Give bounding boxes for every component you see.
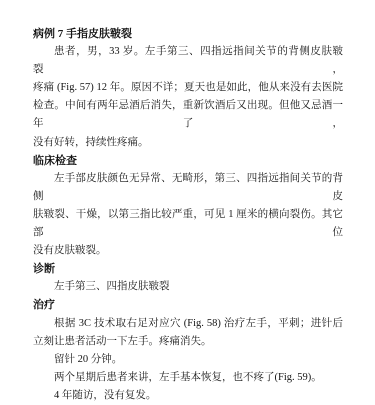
text-line: 根据 3C 技术取右足对应穴 (Fig. 58) 治疗左手，平刺；进针后: [33, 315, 343, 333]
text-line: 左手部皮肤颜色无异常、无畸形，第三、四指远指间关节的背侧皮: [33, 170, 343, 206]
text-line: 左手第三、四指皮肤皲裂: [33, 278, 343, 296]
heading-line: 治疗: [33, 296, 343, 314]
case-report-document: 病例 7 手指皮肤皲裂患者，男，33 岁。左手第三、四指远指间关节的背侧皮肤皲裂…: [33, 25, 343, 405]
heading-line: 病例 7 手指皮肤皲裂: [33, 25, 343, 43]
text-line: 两个星期后患者来讲，左手基本恢复，也不疼了(Fig. 59)。: [33, 369, 343, 387]
text-line: 没有皮肤皲裂。: [33, 242, 343, 260]
text-line: 患者，男，33 岁。左手第三、四指远指间关节的背侧皮肤皲裂，: [33, 43, 343, 79]
text-line: 肤皲裂、干燥，以第三指比较严重，可见 1 厘米的横向裂伤。其它部位: [33, 206, 343, 242]
text-line: 检查。中间有两年忌酒后消失，重新饮酒后又出现。但他又忌酒一年了，: [33, 97, 343, 133]
heading-line: 临床检查: [33, 152, 343, 170]
text-line: 疼痛 (Fig. 57) 12 年。原因不详；夏天也是如此，他从来没有去医院: [33, 79, 343, 97]
text-line: 没有好转，持续性疼痛。: [33, 134, 343, 152]
text-line: 4 年随访，没有复发。: [33, 387, 343, 405]
text-line: 留针 20 分钟。: [33, 351, 343, 369]
text-line: 立刻让患者活动一下左手。疼痛消失。: [33, 333, 343, 351]
heading-line: 诊断: [33, 260, 343, 278]
